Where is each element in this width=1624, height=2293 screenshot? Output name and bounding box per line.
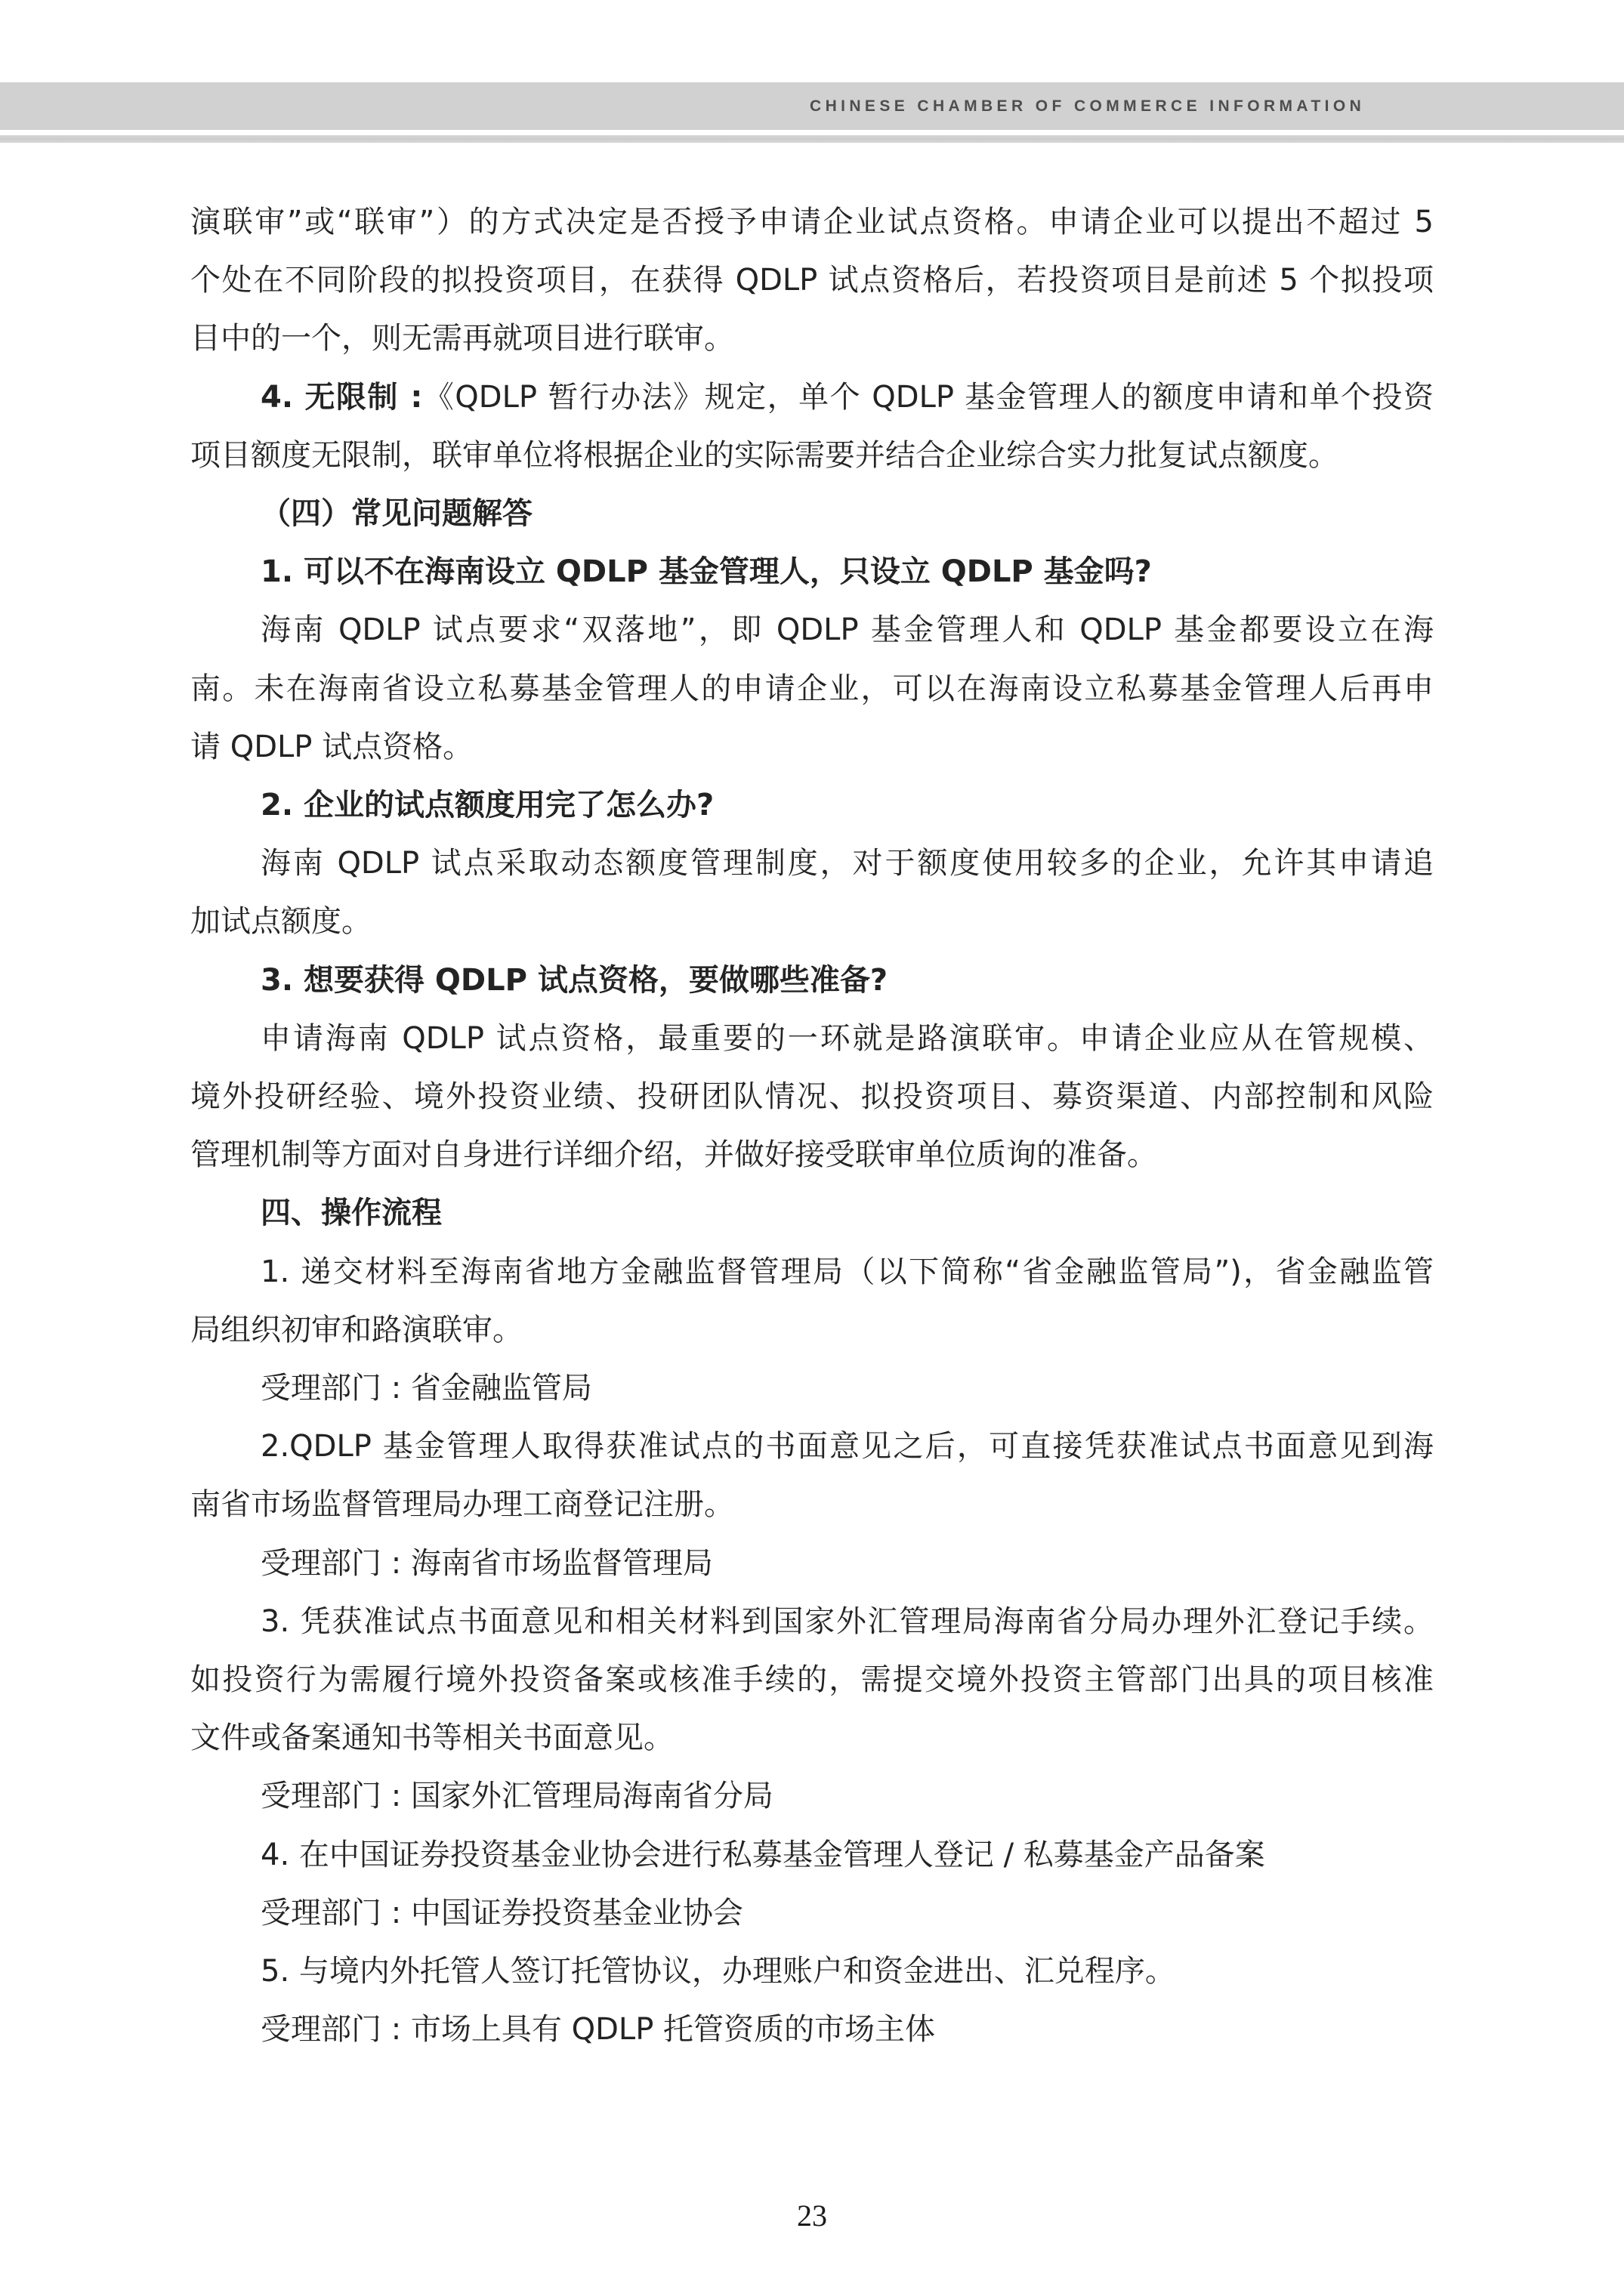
body-line: 境外投研经验、境外投资业绩、投研团队情况、拟投资项目、募资渠道、内部控制和风险 bbox=[190, 1074, 1434, 1119]
body-line: 3. 凭获准试点书面意见和相关材料到国家外汇管理局海南省分局办理外汇登记手续。 bbox=[190, 1599, 1434, 1644]
section-heading: （四）常见问题解答 bbox=[190, 491, 1434, 536]
faq-question: 2. 企业的试点额度用完了怎么办? bbox=[190, 782, 1434, 828]
body-line: 个处在不同阶段的拟投资项目，在获得 QDLP 试点资格后，若投资项目是前述 5 … bbox=[190, 258, 1434, 303]
body-line: 4. 在中国证券投资基金业协会进行私募基金管理人登记 / 私募基金产品备案 bbox=[190, 1832, 1434, 1878]
body-line: 南。未在海南省设立私募基金管理人的申请企业，可以在海南设立私募基金管理人后再申 bbox=[190, 666, 1434, 711]
item-lead: 4. 无限制 : bbox=[261, 380, 422, 415]
department-line: 受理部门 : 海南省市场监督管理局 bbox=[190, 1541, 1434, 1586]
body-line: 加试点额度。 bbox=[190, 899, 1434, 944]
body-line: 南省市场监督管理局办理工商登记注册。 bbox=[190, 1482, 1434, 1527]
item-text: 《QDLP 暂行办法》规定，单个 QDLP 基金管理人的额度申请和单个投资 bbox=[422, 380, 1434, 415]
body-line: 海南 QDLP 试点要求“双落地”，即 QDLP 基金管理人和 QDLP 基金都… bbox=[190, 607, 1434, 653]
body-line: 目中的一个，则无需再就项目进行联审。 bbox=[190, 316, 1434, 361]
department-line: 受理部门 : 国家外汇管理局海南省分局 bbox=[190, 1773, 1434, 1819]
body-line: 请 QDLP 试点资格。 bbox=[190, 724, 1434, 770]
page-number: 23 bbox=[0, 2198, 1624, 2233]
faq-question: 3. 想要获得 QDLP 试点资格，要做哪些准备? bbox=[190, 958, 1434, 1003]
body-line: 如投资行为需履行境外投资备案或核准手续的，需提交境外投资主管部门出具的项目核准 bbox=[190, 1657, 1434, 1702]
body-line: 管理机制等方面对自身进行详细介绍，并做好接受联审单位质询的准备。 bbox=[190, 1132, 1434, 1177]
section-heading: 四、操作流程 bbox=[190, 1190, 1434, 1236]
body-line: 海南 QDLP 试点采取动态额度管理制度，对于额度使用较多的企业，允许其申请追 bbox=[190, 841, 1434, 886]
body-line: 文件或备案通知书等相关书面意见。 bbox=[190, 1715, 1434, 1761]
department-line: 受理部门 : 省金融监管局 bbox=[190, 1366, 1434, 1411]
department-line: 受理部门 : 市场上具有 QDLP 托管资质的市场主体 bbox=[190, 2007, 1434, 2052]
body-line: 4. 无限制 :《QDLP 暂行办法》规定，单个 QDLP 基金管理人的额度申请… bbox=[190, 375, 1434, 420]
body-line: 局组织初审和路演联审。 bbox=[190, 1307, 1434, 1353]
body-line: 项目额度无限制，联审单位将根据企业的实际需要并结合企业综合实力批复试点额度。 bbox=[190, 433, 1434, 478]
header-rule bbox=[0, 135, 1624, 143]
faq-question: 1. 可以不在海南设立 QDLP 基金管理人，只设立 QDLP 基金吗? bbox=[190, 549, 1434, 594]
department-line: 受理部门 : 中国证券投资基金业协会 bbox=[190, 1890, 1434, 1936]
body-line: 5. 与境内外托管人签订托管协议，办理账户和资金进出、汇兑程序。 bbox=[190, 1949, 1434, 1994]
body-line: 申请海南 QDLP 试点资格，最重要的一环就是路演联审。申请企业应从在管规模、 bbox=[190, 1016, 1434, 1061]
body-line: 1. 递交材料至海南省地方金融监督管理局（以下简称“省金融监管局”)，省金融监管 bbox=[190, 1249, 1434, 1295]
publication-title: CHINESE CHAMBER OF COMMERCE INFORMATION bbox=[810, 96, 1365, 117]
body-line: 2.QDLP 基金管理人取得获准试点的书面意见之后，可直接凭获准试点书面意见到海 bbox=[190, 1424, 1434, 1469]
body-line: 演联审”或“联审”）的方式决定是否授予申请企业试点资格。申请企业可以提出不超过 … bbox=[190, 199, 1434, 245]
